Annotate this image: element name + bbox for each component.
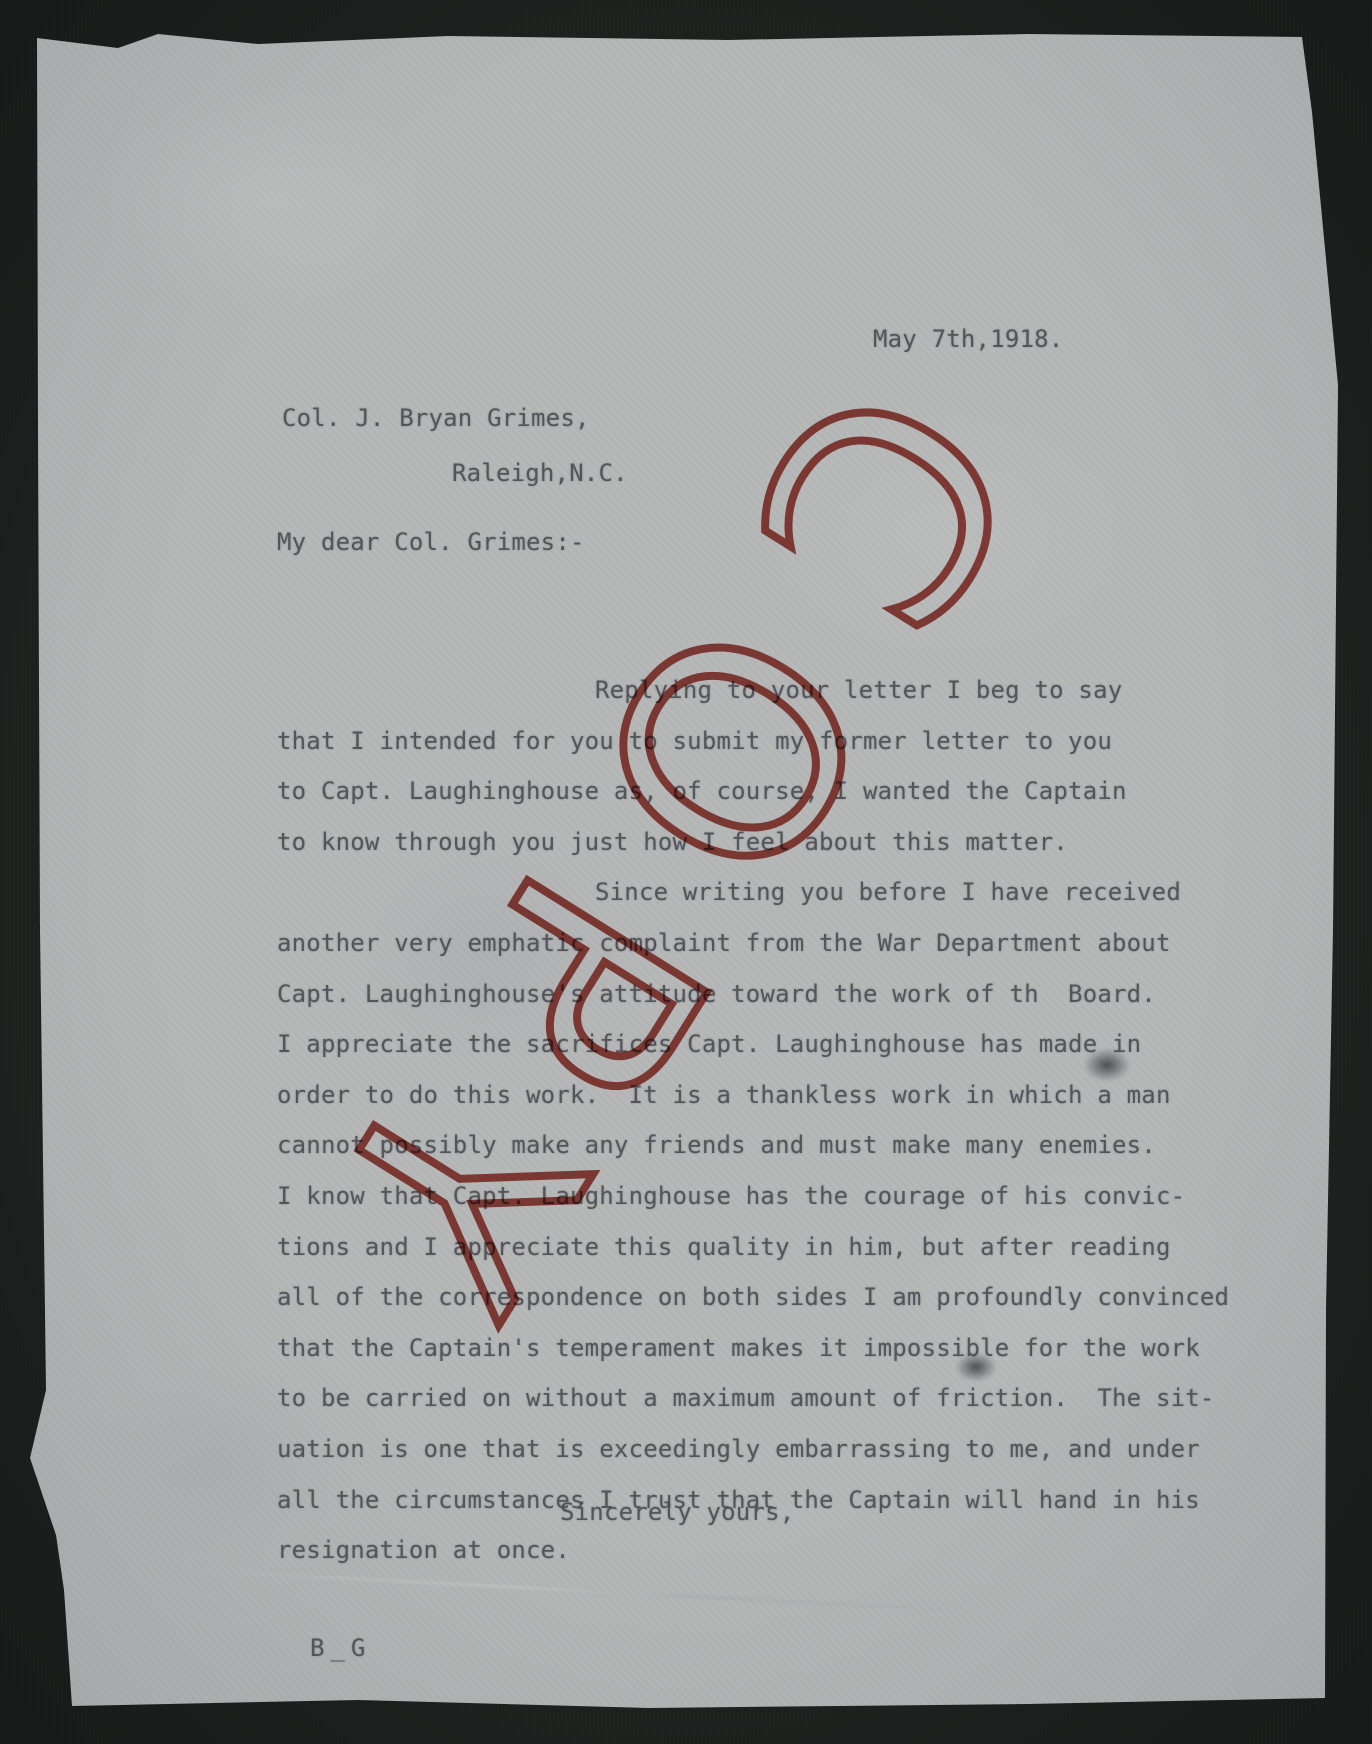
scanned-letter-page: { "palette": { "paper_color": "#b4b6b6",… — [0, 0, 1372, 1744]
recipient-name: Col. J. Bryan Grimes, — [282, 403, 590, 433]
ink-smudge — [1083, 1048, 1131, 1082]
letter-paper: May 7th,1918. Col. J. Bryan Grimes, Rale… — [28, 30, 1340, 1714]
ink-smudge — [955, 1352, 997, 1382]
closing-line: Sincerely yours, — [560, 1497, 794, 1527]
recipient-city: Raleigh,N.C. — [452, 458, 628, 488]
typist-initials: B_G — [310, 1633, 371, 1663]
body-line: resignation at once. — [277, 1535, 1287, 1586]
salutation: My dear Col. Grimes:- — [277, 527, 585, 557]
